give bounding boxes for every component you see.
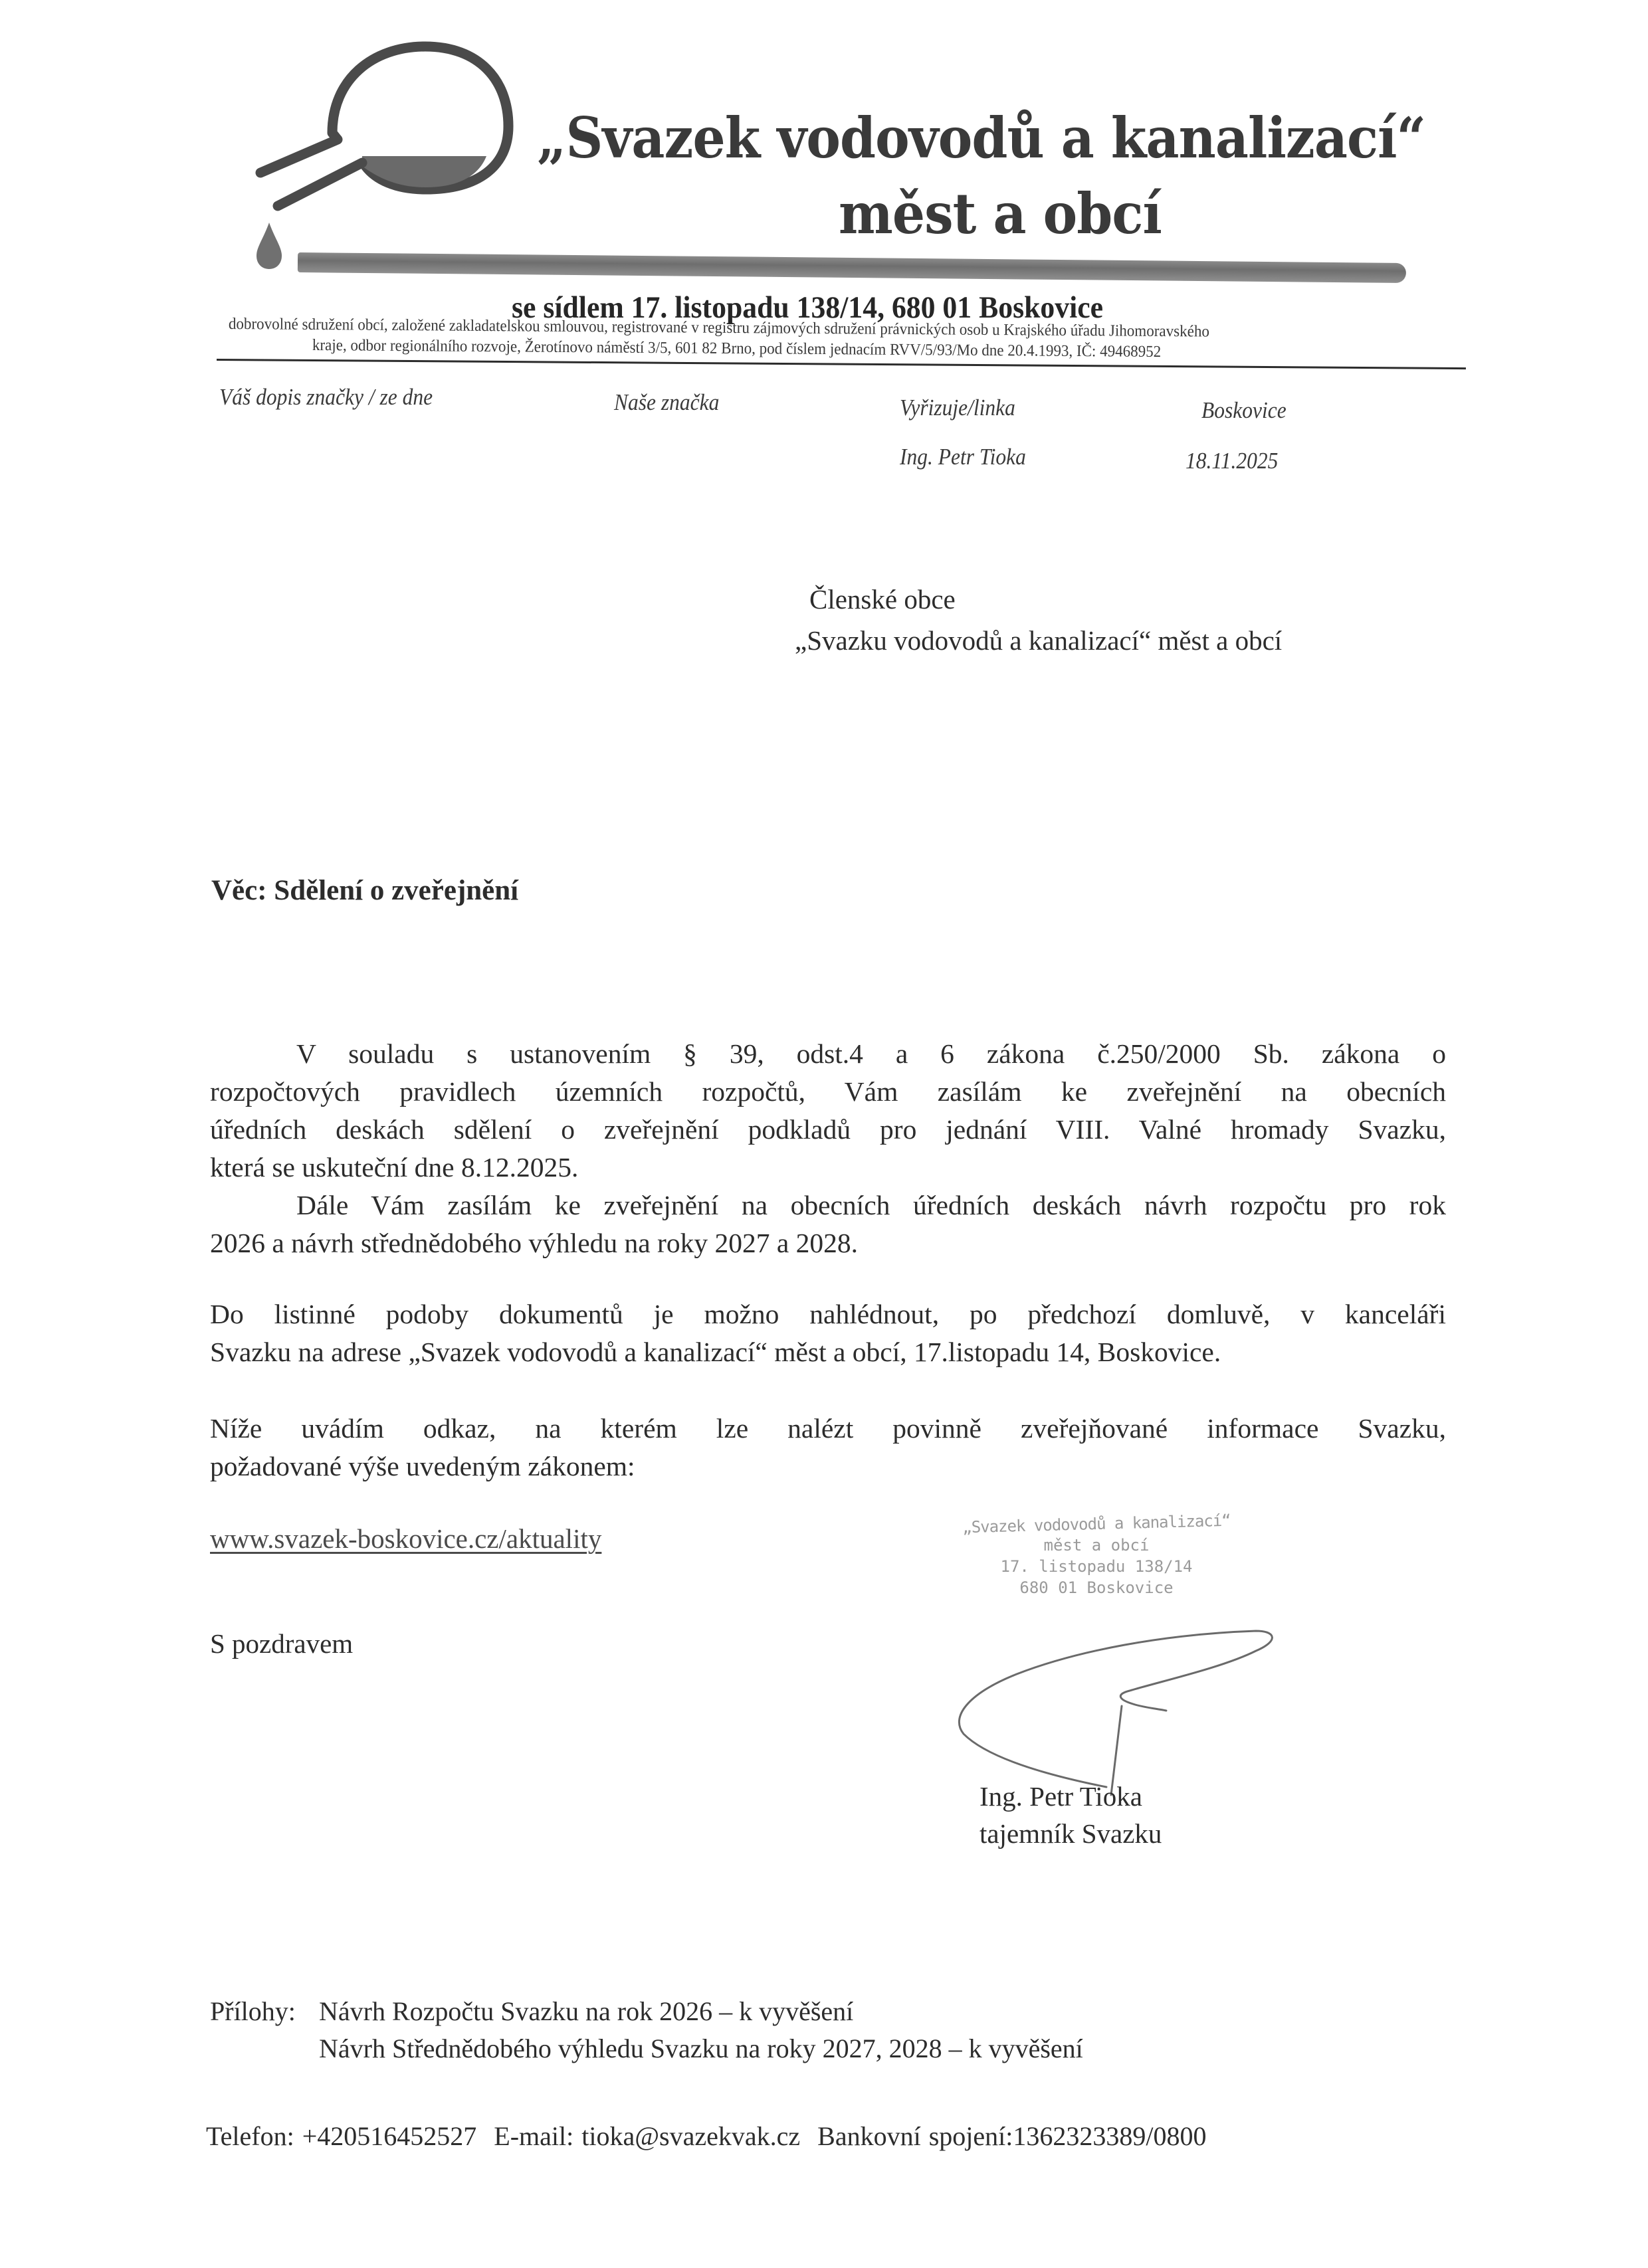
footer-phone: Telefon: +420516452527 xyxy=(206,2121,476,2151)
letterhead-divider xyxy=(217,359,1466,369)
paragraph-line: Dále Vám zasílám ke zveřejnění na obecní… xyxy=(210,1186,1446,1224)
attachment-item: Návrh Střednědobého výhledu Svazku na ro… xyxy=(319,2033,1083,2064)
body-paragraph-3: Do listinné podoby dokumentů je možno na… xyxy=(210,1295,1446,1371)
footer-bank: Bankovní spojení:1362323389/0800 xyxy=(817,2121,1206,2151)
attachments-label: Přílohy: xyxy=(210,1996,296,2027)
paragraph-line: úředních deskách sdělení o zveřejnění po… xyxy=(210,1111,1446,1149)
paragraph-line: Svazku na adrese „Svazek vodovodů a kana… xyxy=(210,1333,1446,1371)
handler-name: Ing. Petr Tioka xyxy=(900,444,1026,470)
attachment-item: Návrh Rozpočtu Svazku na rok 2026 – k vy… xyxy=(319,1996,853,2027)
letter-place: Boskovice xyxy=(1201,397,1287,424)
paragraph-line: Níže uvádím odkaz, na kterém lze nalézt … xyxy=(210,1410,1446,1448)
magnifier-pipe-drop-logo-icon xyxy=(239,40,585,279)
signer-role: tajemník Svazku xyxy=(979,1818,1162,1849)
our-reference-label: Naše značka xyxy=(614,389,719,416)
organization-name-line2: měst a obcí xyxy=(839,181,1162,246)
letter-subject: Věc: Sdělení o zveřejnění xyxy=(211,874,518,907)
letter-date: 18.11.2025 xyxy=(1185,448,1278,474)
addressee-line1: Členské obce xyxy=(809,583,956,615)
paragraph-line: rozpočtových pravidlech územních rozpočt… xyxy=(210,1073,1446,1111)
paragraph-line: která se uskuteční dne 8.12.2025. xyxy=(210,1149,1446,1186)
paragraph-line: V souladu s ustanovením § 39, odst.4 a 6… xyxy=(210,1035,1446,1073)
your-letter-label: Váš dopis značky / ze dne xyxy=(219,384,433,411)
contact-footer: Telefon: +420516452527 E-mail: tioka@sva… xyxy=(206,2121,1215,2152)
body-paragraph-4: Níže uvádím odkaz, na kterém lze nalézt … xyxy=(210,1410,1446,1485)
stamp-line: 17. listopadu 138/14 xyxy=(944,1556,1249,1577)
body-paragraph-2: Dále Vám zasílám ke zveřejnění na obecní… xyxy=(210,1186,1446,1262)
signer-name: Ing. Petr Tioka xyxy=(979,1780,1142,1812)
footer-email: E-mail: tioka@svazekvak.cz xyxy=(494,2121,800,2151)
organization-name-line1: „Svazek vodovodů a kanalizací“ xyxy=(537,105,1425,171)
closing-greeting: S pozdravem xyxy=(210,1628,353,1659)
paragraph-line: Do listinné podoby dokumentů je možno na… xyxy=(210,1295,1446,1333)
handler-label: Vyřizuje/linka xyxy=(900,395,1015,421)
stamp-line: měst a obcí xyxy=(944,1535,1249,1556)
addressee-line2: „Svazku vodovodů a kanalizací“ měst a ob… xyxy=(795,624,1282,656)
paragraph-line: 2026 a návrh střednědobého výhledu na ro… xyxy=(210,1224,1446,1262)
registration-info-line2: kraje, odbor regionálního rozvoje, Žerot… xyxy=(312,336,1162,361)
info-link[interactable]: www.svazek-boskovice.cz/aktuality xyxy=(210,1523,601,1555)
organization-stamp: „Svazek vodovodů a kanalizací“ měst a ob… xyxy=(944,1513,1249,1598)
stamp-line: 680 01 Boskovice xyxy=(944,1577,1249,1598)
body-paragraph-1: V souladu s ustanovením § 39, odst.4 a 6… xyxy=(210,1035,1446,1186)
paragraph-line: požadované výše uvedeným zákonem: xyxy=(210,1448,1446,1485)
